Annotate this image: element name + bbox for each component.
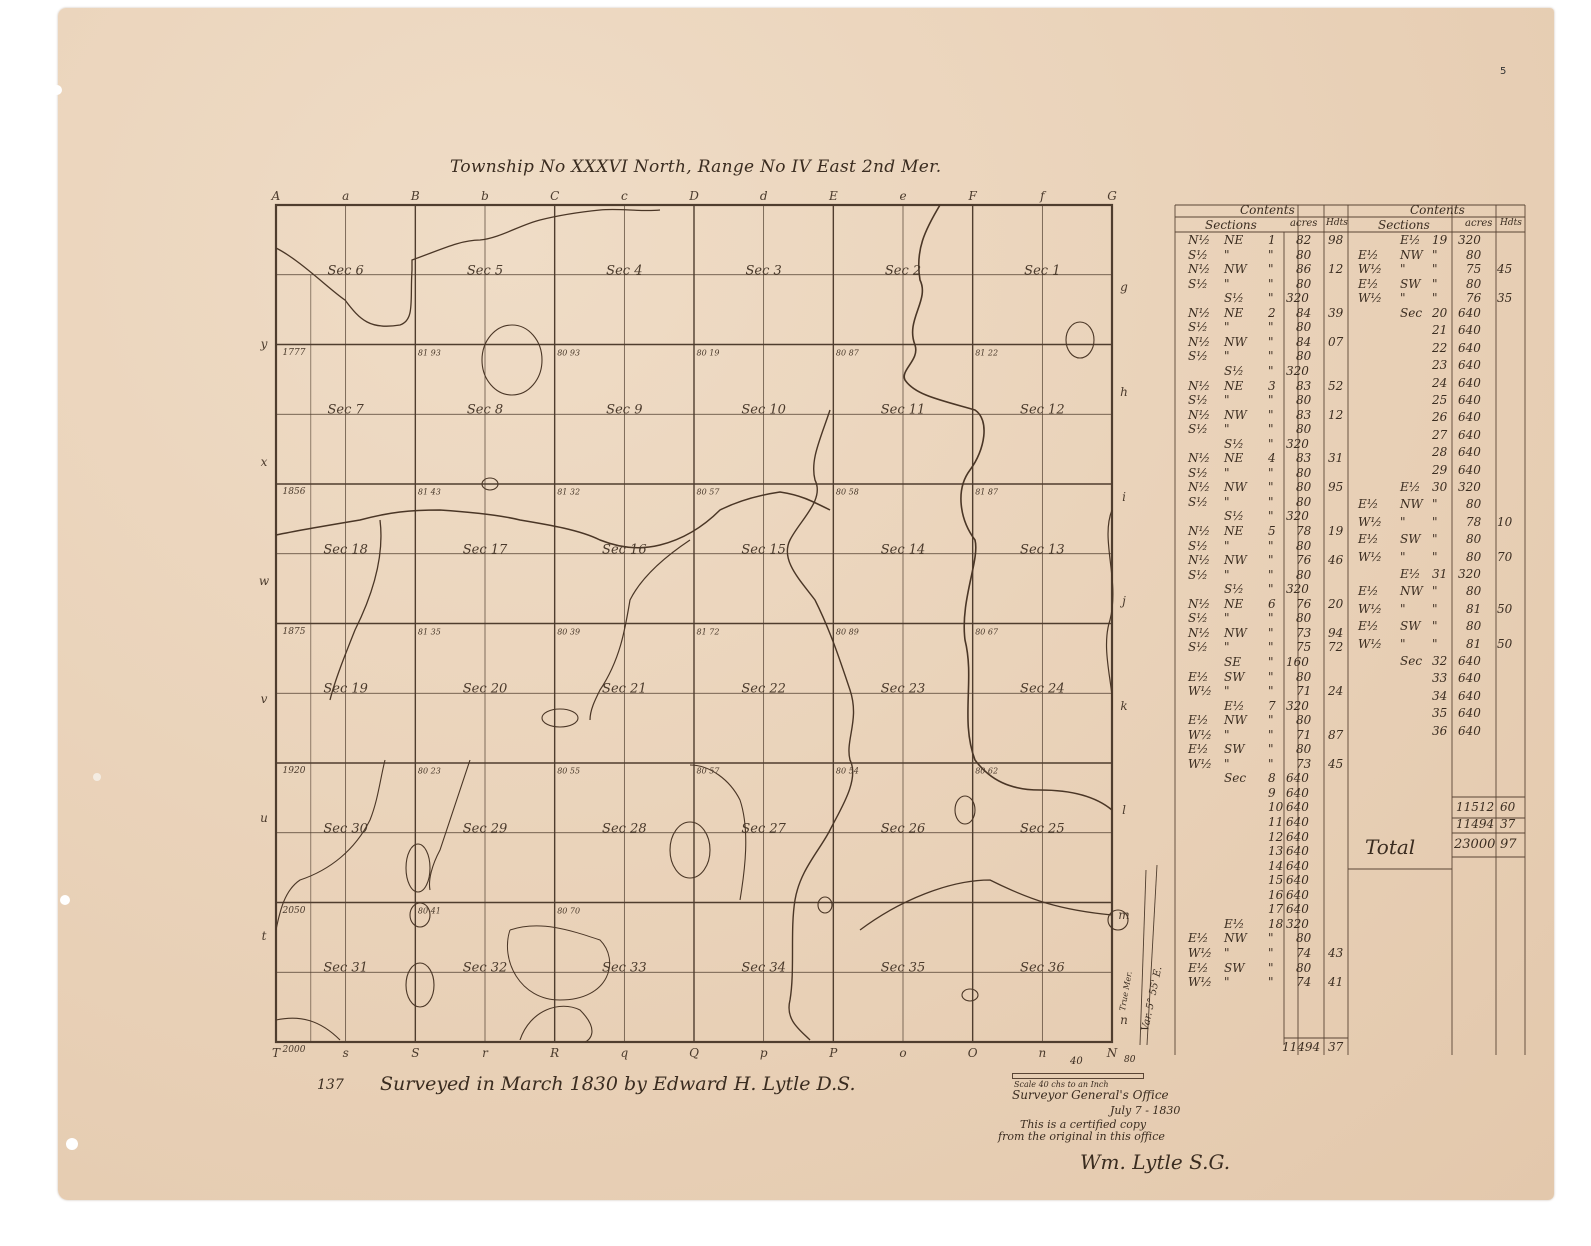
row-quarter: " (1224, 277, 1230, 291)
col-acres-right: acres (1465, 218, 1492, 229)
col-hdths-left: Hdts (1326, 218, 1348, 228)
row-section: " (1268, 582, 1274, 596)
row-acres: 320 (1458, 480, 1481, 494)
row-hdths: 46 (1328, 553, 1343, 567)
row-acres: 80 (1466, 550, 1481, 564)
row-section: " (1268, 946, 1274, 960)
row-acres: 80 (1296, 568, 1311, 582)
row-part: W½ (1358, 262, 1382, 276)
row-section: " (1268, 277, 1274, 291)
row-hdths: 43 (1328, 946, 1343, 960)
row-section: 16 (1268, 888, 1283, 902)
row-section: 32 (1432, 654, 1447, 668)
row-part: S½ (1188, 495, 1208, 509)
row-acres: 640 (1286, 786, 1309, 800)
row-section: 11 (1268, 815, 1283, 829)
row-section: " (1268, 422, 1274, 436)
row-quarter: " (1224, 248, 1230, 262)
row-acres: 640 (1458, 445, 1481, 459)
row-acres: 75 (1296, 640, 1311, 654)
row-section: 7 (1268, 699, 1276, 713)
row-quarter: E½ (1400, 480, 1420, 494)
row-quarter: SW (1400, 619, 1421, 633)
row-part: S½ (1188, 393, 1208, 407)
row-section: " (1268, 553, 1274, 567)
row-section: " (1432, 515, 1438, 529)
row-quarter: NE (1224, 233, 1243, 247)
subtotal-hdths: 37 (1500, 817, 1515, 831)
row-section: 26 (1432, 410, 1447, 424)
row-quarter: S½ (1224, 437, 1244, 451)
row-acres: 80 (1296, 611, 1311, 625)
subtotal-acres: 11512 (1456, 800, 1494, 814)
row-section: " (1268, 670, 1274, 684)
row-acres: 640 (1458, 671, 1481, 685)
row-section: " (1268, 655, 1274, 669)
row-quarter: Sec (1400, 654, 1422, 668)
row-section: " (1432, 497, 1438, 511)
row-quarter: " (1224, 466, 1230, 480)
row-section: 31 (1432, 567, 1447, 581)
row-acres: 80 (1296, 495, 1311, 509)
row-section: " (1268, 568, 1274, 582)
row-part: N½ (1188, 451, 1210, 465)
row-quarter: S½ (1224, 509, 1244, 523)
row-part: E½ (1358, 248, 1378, 262)
row-part: W½ (1358, 637, 1382, 651)
row-part: S½ (1188, 466, 1208, 480)
row-acres: 80 (1466, 497, 1481, 511)
row-section: 9 (1268, 786, 1276, 800)
row-acres: 80 (1296, 961, 1311, 975)
row-part: S½ (1188, 248, 1208, 262)
row-acres: 640 (1458, 341, 1481, 355)
row-acres: 640 (1458, 463, 1481, 477)
row-hdths: 24 (1328, 684, 1343, 698)
row-acres: 80 (1296, 393, 1311, 407)
row-quarter: " (1224, 422, 1230, 436)
row-section: " (1268, 961, 1274, 975)
row-quarter: " (1224, 349, 1230, 363)
row-hdths: 50 (1497, 602, 1512, 616)
row-quarter: SE (1224, 655, 1241, 669)
row-quarter: E½ (1224, 917, 1244, 931)
row-acres: 80 (1296, 742, 1311, 756)
row-quarter: " (1400, 637, 1406, 651)
row-hdths: 45 (1328, 757, 1343, 771)
row-quarter: NW (1400, 584, 1423, 598)
row-quarter: S½ (1224, 582, 1244, 596)
row-section: 18 (1268, 917, 1283, 931)
row-section: " (1432, 602, 1438, 616)
col-hdths-right: Hdts (1500, 218, 1522, 228)
row-acres: 76 (1296, 597, 1311, 611)
row-section: 3 (1268, 379, 1276, 393)
row-section: " (1432, 291, 1438, 305)
row-section: " (1268, 713, 1274, 727)
row-quarter: " (1224, 393, 1230, 407)
row-section: 1 (1268, 233, 1276, 247)
row-part: E½ (1188, 931, 1208, 945)
row-quarter: NW (1224, 262, 1247, 276)
row-acres: 84 (1296, 306, 1311, 320)
row-hdths: 07 (1328, 335, 1343, 349)
row-section: 30 (1432, 480, 1447, 494)
row-acres: 80 (1296, 277, 1311, 291)
row-part: W½ (1358, 550, 1382, 564)
row-part: N½ (1188, 480, 1210, 494)
row-hdths: 98 (1328, 233, 1343, 247)
row-acres: 320 (1286, 917, 1309, 931)
contents-header-right: Contents (1410, 203, 1465, 217)
row-hdths: 50 (1497, 637, 1512, 651)
row-section: " (1268, 931, 1274, 945)
row-quarter: " (1400, 550, 1406, 564)
row-quarter: NW (1224, 553, 1247, 567)
row-hdths: 20 (1328, 597, 1343, 611)
row-hdths: 87 (1328, 728, 1343, 742)
left-total-hdths: 37 (1328, 1040, 1343, 1054)
row-quarter: NW (1400, 497, 1423, 511)
row-acres: 82 (1296, 233, 1311, 247)
row-acres: 640 (1458, 706, 1481, 720)
col-sections-left: Sections (1205, 218, 1257, 232)
row-section: " (1268, 320, 1274, 334)
row-acres: 320 (1286, 364, 1309, 378)
row-acres: 320 (1286, 699, 1309, 713)
row-section: " (1268, 640, 1274, 654)
row-acres: 640 (1286, 873, 1309, 887)
row-section: " (1268, 364, 1274, 378)
row-section: 20 (1432, 306, 1447, 320)
row-acres: 640 (1286, 844, 1309, 858)
row-acres: 640 (1286, 830, 1309, 844)
row-section: " (1268, 291, 1274, 305)
row-part: W½ (1188, 757, 1212, 771)
row-acres: 81 (1466, 602, 1481, 616)
row-section: 33 (1432, 671, 1447, 685)
row-section: " (1268, 349, 1274, 363)
row-part: N½ (1188, 597, 1210, 611)
row-acres: 320 (1286, 291, 1309, 305)
row-quarter: E½ (1224, 699, 1244, 713)
row-acres: 80 (1296, 539, 1311, 553)
row-acres: 320 (1458, 233, 1481, 247)
row-acres: 74 (1296, 946, 1311, 960)
row-hdths: 12 (1328, 262, 1343, 276)
row-acres: 80 (1296, 320, 1311, 334)
row-quarter: S½ (1224, 291, 1244, 305)
row-section: " (1268, 262, 1274, 276)
row-quarter: " (1224, 757, 1230, 771)
row-section: " (1432, 619, 1438, 633)
row-hdths: 19 (1328, 524, 1343, 538)
row-part: N½ (1188, 262, 1210, 276)
row-quarter: SW (1224, 961, 1245, 975)
grand-total-acres: 23000 (1454, 837, 1495, 852)
row-acres: 320 (1286, 509, 1309, 523)
row-section: 34 (1432, 689, 1447, 703)
row-hdths: 12 (1328, 408, 1343, 422)
row-section: " (1268, 480, 1274, 494)
row-section: " (1268, 626, 1274, 640)
row-part: N½ (1188, 379, 1210, 393)
row-quarter: E½ (1400, 233, 1420, 247)
row-acres: 640 (1286, 771, 1309, 785)
row-acres: 74 (1296, 975, 1311, 989)
row-acres: 76 (1466, 291, 1481, 305)
row-hdths: 45 (1497, 262, 1512, 276)
row-quarter: NE (1224, 306, 1243, 320)
row-part: S½ (1188, 539, 1208, 553)
row-quarter: SW (1224, 670, 1245, 684)
row-hdths: 94 (1328, 626, 1343, 640)
row-acres: 640 (1458, 654, 1481, 668)
row-acres: 640 (1458, 410, 1481, 424)
row-section: " (1268, 742, 1274, 756)
row-acres: 640 (1286, 815, 1309, 829)
row-part: W½ (1188, 946, 1212, 960)
row-section: " (1432, 248, 1438, 262)
row-quarter: " (1224, 320, 1230, 334)
row-acres: 80 (1296, 931, 1311, 945)
row-part: W½ (1188, 684, 1212, 698)
row-quarter: NE (1224, 451, 1243, 465)
row-quarter: E½ (1400, 567, 1420, 581)
row-part: N½ (1188, 408, 1210, 422)
row-acres: 640 (1286, 859, 1309, 873)
row-section: " (1268, 248, 1274, 262)
row-acres: 80 (1296, 670, 1311, 684)
row-quarter: NW (1224, 626, 1247, 640)
row-quarter: Sec (1400, 306, 1422, 320)
row-hdths: 39 (1328, 306, 1343, 320)
row-section: " (1432, 277, 1438, 291)
row-section: 14 (1268, 859, 1283, 873)
row-acres: 80 (1466, 619, 1481, 633)
row-acres: 640 (1458, 689, 1481, 703)
row-part: S½ (1188, 422, 1208, 436)
row-quarter: NW (1224, 480, 1247, 494)
row-acres: 83 (1296, 379, 1311, 393)
row-quarter: " (1224, 728, 1230, 742)
row-part: E½ (1358, 497, 1378, 511)
row-part: W½ (1358, 515, 1382, 529)
row-acres: 80 (1296, 713, 1311, 727)
row-quarter: " (1400, 515, 1406, 529)
row-section: " (1268, 335, 1274, 349)
row-acres: 84 (1296, 335, 1311, 349)
row-quarter: " (1224, 611, 1230, 625)
row-section: " (1268, 728, 1274, 742)
row-acres: 80 (1466, 248, 1481, 262)
grand-total-hdths: 97 (1500, 837, 1517, 852)
row-section: 22 (1432, 341, 1447, 355)
row-part: E½ (1188, 670, 1208, 684)
row-quarter: " (1224, 539, 1230, 553)
row-section: " (1268, 539, 1274, 553)
row-quarter: SW (1400, 277, 1421, 291)
row-acres: 640 (1458, 724, 1481, 738)
col-sections-right: Sections (1378, 218, 1430, 232)
row-section: " (1268, 757, 1274, 771)
row-part: W½ (1358, 291, 1382, 305)
row-acres: 75 (1466, 262, 1481, 276)
row-acres: 71 (1296, 684, 1311, 698)
row-section: 27 (1432, 428, 1447, 442)
row-acres: 80 (1296, 422, 1311, 436)
row-quarter: S½ (1224, 364, 1244, 378)
row-acres: 320 (1458, 567, 1481, 581)
row-acres: 640 (1458, 323, 1481, 337)
row-acres: 320 (1286, 437, 1309, 451)
row-part: S½ (1188, 568, 1208, 582)
row-part: S½ (1188, 320, 1208, 334)
row-section: " (1432, 532, 1438, 546)
row-part: S½ (1188, 277, 1208, 291)
row-acres: 320 (1286, 582, 1309, 596)
row-acres: 86 (1296, 262, 1311, 276)
row-acres: 80 (1466, 532, 1481, 546)
row-section: 17 (1268, 902, 1283, 916)
row-section: " (1432, 637, 1438, 651)
row-quarter: SW (1224, 742, 1245, 756)
col-acres-left: acres (1290, 218, 1317, 229)
row-section: " (1268, 437, 1274, 451)
row-section: " (1432, 550, 1438, 564)
row-quarter: " (1400, 602, 1406, 616)
row-section: 8 (1268, 771, 1276, 785)
row-quarter: " (1224, 568, 1230, 582)
row-hdths: 52 (1328, 379, 1343, 393)
row-quarter: Sec (1224, 771, 1246, 785)
row-acres: 73 (1296, 626, 1311, 640)
row-section: 10 (1268, 800, 1283, 814)
row-hdths: 35 (1497, 291, 1512, 305)
row-quarter: " (1224, 640, 1230, 654)
row-part: E½ (1188, 713, 1208, 727)
row-quarter: SW (1400, 532, 1421, 546)
subtotal-hdths: 60 (1500, 800, 1515, 814)
row-section: 2 (1268, 306, 1276, 320)
row-acres: 640 (1458, 358, 1481, 372)
contents-table-lines (0, 0, 1591, 1246)
row-acres: 81 (1466, 637, 1481, 651)
row-acres: 80 (1466, 584, 1481, 598)
row-acres: 83 (1296, 451, 1311, 465)
row-section: 21 (1432, 323, 1447, 337)
row-acres: 80 (1296, 349, 1311, 363)
row-section: 19 (1432, 233, 1447, 247)
row-acres: 640 (1458, 306, 1481, 320)
row-section: " (1268, 408, 1274, 422)
row-section: " (1268, 611, 1274, 625)
row-section: " (1268, 393, 1274, 407)
row-part: S½ (1188, 611, 1208, 625)
row-part: N½ (1188, 524, 1210, 538)
row-part: N½ (1188, 233, 1210, 247)
row-section: 4 (1268, 451, 1276, 465)
row-section: 28 (1432, 445, 1447, 459)
row-acres: 83 (1296, 408, 1311, 422)
row-section: " (1268, 466, 1274, 480)
row-part: E½ (1188, 961, 1208, 975)
row-acres: 73 (1296, 757, 1311, 771)
row-section: 24 (1432, 376, 1447, 390)
row-part: W½ (1358, 602, 1382, 616)
row-quarter: " (1224, 684, 1230, 698)
row-section: 36 (1432, 724, 1447, 738)
row-hdths: 70 (1497, 550, 1512, 564)
row-quarter: NE (1224, 597, 1243, 611)
row-acres: 80 (1296, 248, 1311, 262)
row-section: " (1268, 509, 1274, 523)
row-acres: 640 (1458, 428, 1481, 442)
row-quarter: " (1224, 495, 1230, 509)
row-quarter: NW (1400, 248, 1423, 262)
row-section: 13 (1268, 844, 1283, 858)
row-part: N½ (1188, 335, 1210, 349)
row-quarter: " (1400, 262, 1406, 276)
row-part: W½ (1188, 975, 1212, 989)
row-section: 6 (1268, 597, 1276, 611)
row-hdths: 31 (1328, 451, 1343, 465)
row-acres: 640 (1286, 902, 1309, 916)
row-part: E½ (1188, 742, 1208, 756)
row-acres: 80 (1296, 480, 1311, 494)
row-part: E½ (1358, 277, 1378, 291)
row-section: 12 (1268, 830, 1283, 844)
row-acres: 160 (1286, 655, 1309, 669)
row-part: S½ (1188, 640, 1208, 654)
row-part: E½ (1358, 619, 1378, 633)
row-acres: 78 (1466, 515, 1481, 529)
row-quarter: NW (1224, 713, 1247, 727)
row-part: N½ (1188, 626, 1210, 640)
row-quarter: " (1224, 975, 1230, 989)
row-hdths: 10 (1497, 515, 1512, 529)
row-hdths: 95 (1328, 480, 1343, 494)
row-acres: 71 (1296, 728, 1311, 742)
row-part: S½ (1188, 349, 1208, 363)
row-quarter: NW (1224, 335, 1247, 349)
left-total-acres: 11494 (1282, 1040, 1320, 1054)
row-part: E½ (1358, 584, 1378, 598)
row-section: " (1268, 684, 1274, 698)
row-acres: 640 (1458, 393, 1481, 407)
row-section: " (1432, 584, 1438, 598)
row-part: W½ (1188, 728, 1212, 742)
row-quarter: NE (1224, 524, 1243, 538)
row-acres: 76 (1296, 553, 1311, 567)
row-section: 23 (1432, 358, 1447, 372)
row-quarter: " (1224, 946, 1230, 960)
row-acres: 78 (1296, 524, 1311, 538)
row-acres: 640 (1286, 888, 1309, 902)
row-section: 15 (1268, 873, 1283, 887)
row-part: N½ (1188, 553, 1210, 567)
row-acres: 640 (1458, 376, 1481, 390)
row-part: N½ (1188, 306, 1210, 320)
row-acres: 80 (1466, 277, 1481, 291)
row-quarter: NE (1224, 379, 1243, 393)
row-acres: 80 (1296, 466, 1311, 480)
row-section: " (1432, 262, 1438, 276)
row-section: 35 (1432, 706, 1447, 720)
row-section: " (1268, 975, 1274, 989)
row-section: 29 (1432, 463, 1447, 477)
row-section: 5 (1268, 524, 1276, 538)
